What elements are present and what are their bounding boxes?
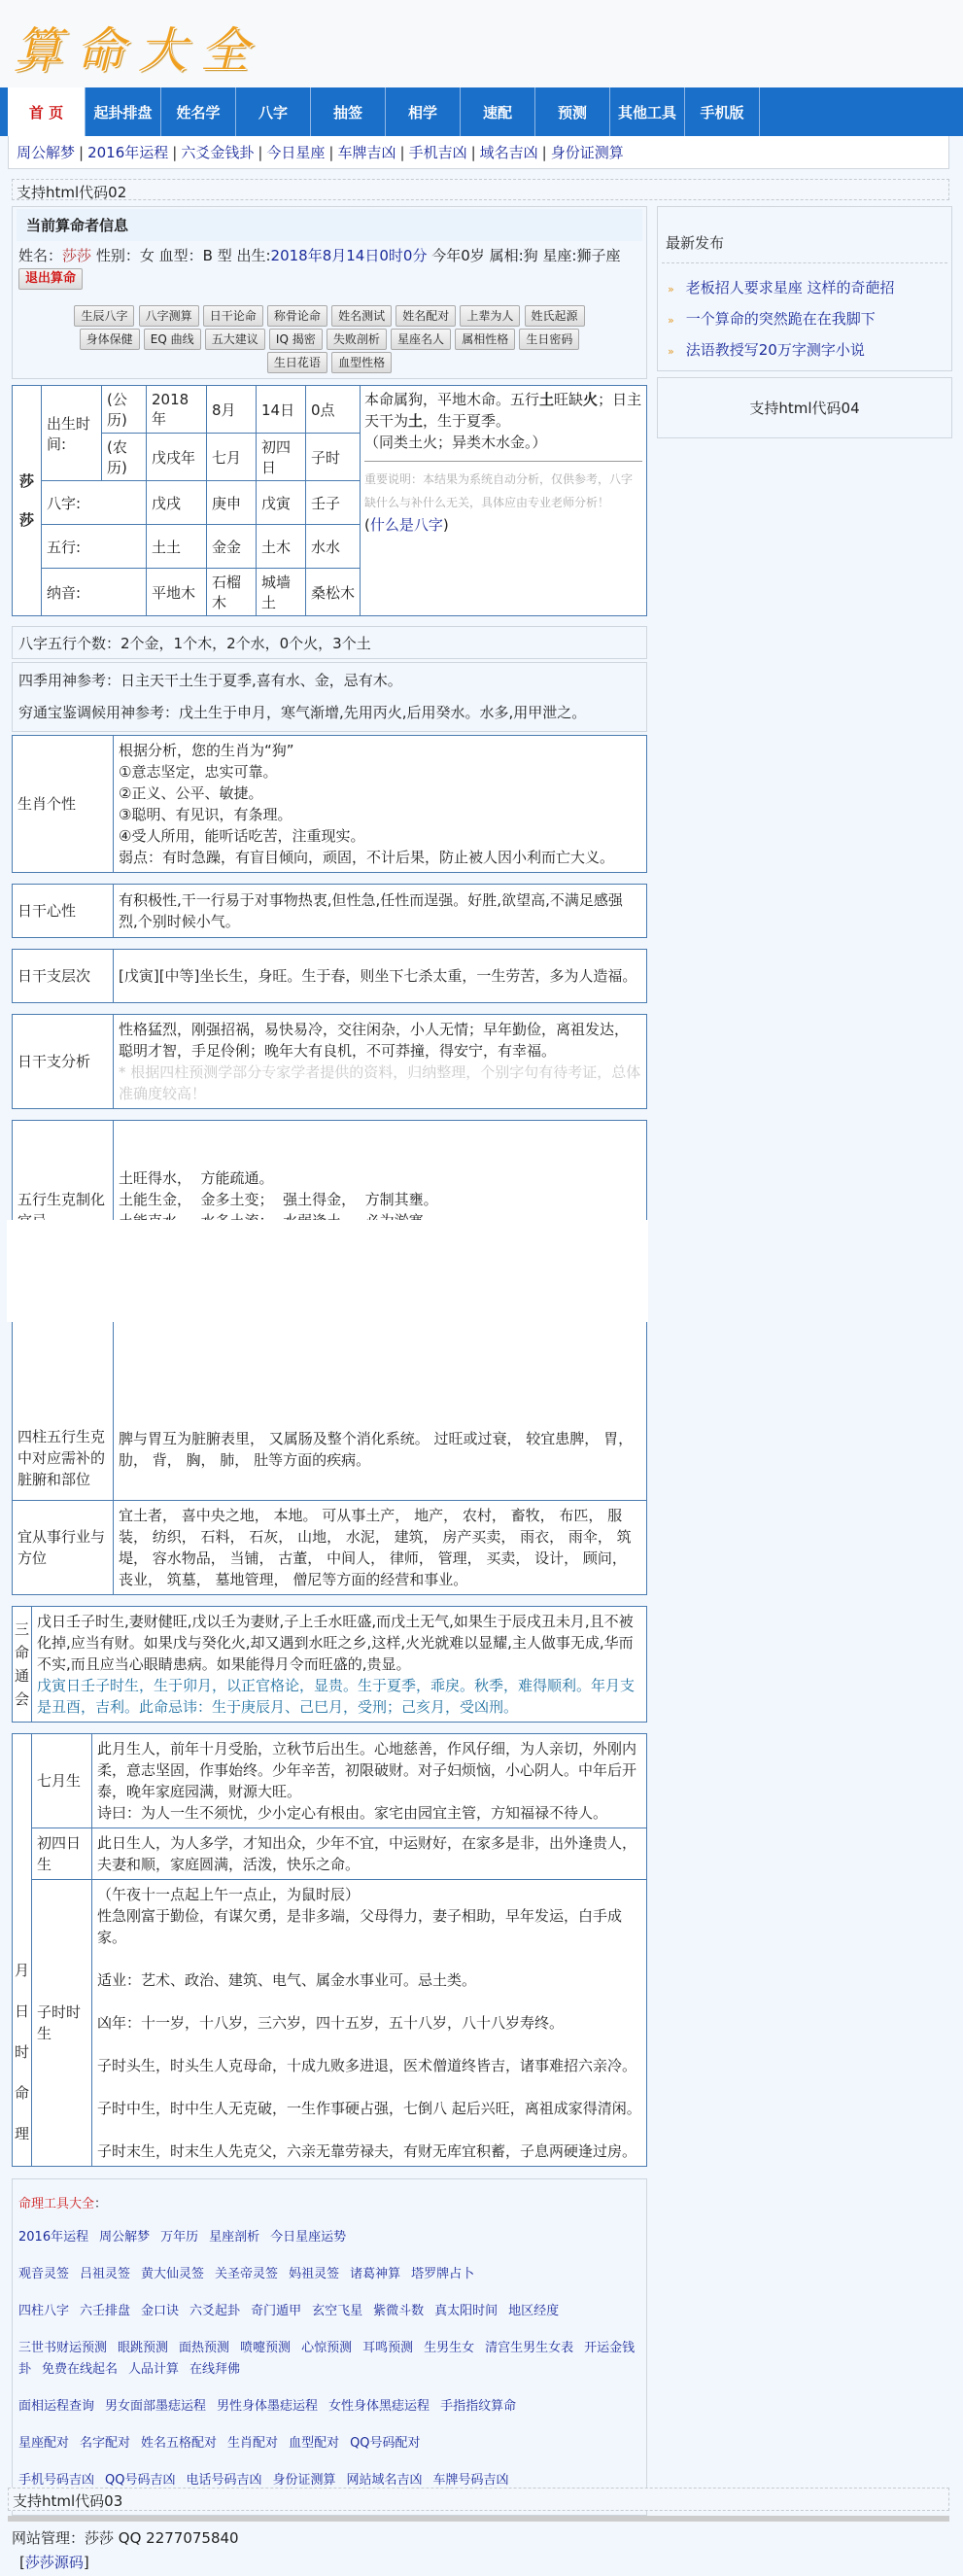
tools-row: 观音灵签吕祖灵签黄大仙灵签关圣帝灵签妈祖灵签诸葛神算塔罗牌占卜 bbox=[18, 2264, 640, 2285]
separator: | bbox=[75, 144, 87, 161]
lunar-day: 初四日 bbox=[257, 434, 306, 481]
tool-link[interactable]: 男女面部墨痣运程 bbox=[105, 2399, 206, 2414]
bazi-summary: 本命属狗，平地木命。五行土旺缺火；日主天干为土，生于夏季。 （同类土火；异类木水… bbox=[361, 386, 647, 616]
latest-panel: 最新发布 »老板招人要求星座 这样的奇葩招 »一个算命的突然跪在在我脚下 »法语… bbox=[657, 206, 952, 371]
sanming-tonghui: 三命通会 戊日壬子时生,妻财健旺,戊以壬为妻财,子上壬水旺盛,而戊土无气,如果生… bbox=[12, 1606, 647, 1723]
bazi-value: 戊寅 bbox=[257, 481, 306, 525]
tool-button[interactable]: 姓名测试 bbox=[331, 305, 392, 327]
tool-link[interactable]: 塔罗牌占卜 bbox=[411, 2267, 474, 2281]
sub-nav: 周公解梦|2016年运程|六爻金钱卦|今日星座|车牌吉凶|手机吉凶|域名吉凶|身… bbox=[8, 136, 949, 169]
footer-divider bbox=[8, 2516, 949, 2522]
tool-button-grid: 生辰八字 八字测算 日干论命 称骨论命 姓名测试 姓名配对 上辈为人 姓氏起源 … bbox=[13, 295, 646, 380]
site-logo[interactable]: 算命大全 bbox=[14, 12, 262, 82]
main-content: 当前算命者信息 姓名：莎莎 性别：女 血型：B 型 出生:2018年8月14日0… bbox=[12, 206, 647, 2516]
subnav-link-2016[interactable]: 2016年运程 bbox=[87, 144, 168, 161]
analysis-label: 日干支分析 bbox=[13, 1015, 114, 1109]
nav-item-name[interactable]: 姓名学 bbox=[161, 87, 236, 136]
analysis-label: 宜从事行业与方位 bbox=[13, 1501, 114, 1595]
latest-title: 最新发布 bbox=[662, 207, 947, 263]
mdh-label: 月日时命理 bbox=[13, 1734, 32, 2167]
tool-button[interactable]: IQ 揭密 bbox=[269, 329, 323, 350]
analysis-content: 根据分析，您的生肖为“狗”①意志坚定，忠实可靠。②正义、公平、敏捷。③聪明、有见… bbox=[114, 736, 647, 873]
tool-button[interactable]: 生日密码 bbox=[519, 329, 579, 350]
tool-link[interactable]: 六壬排盘 bbox=[80, 2304, 130, 2318]
subnav-link-horoscope[interactable]: 今日星座 bbox=[266, 144, 325, 161]
tool-link[interactable]: 在线拜佛 bbox=[189, 2362, 240, 2377]
quit-fortune-button[interactable]: 退出算命 bbox=[18, 268, 83, 290]
tool-link[interactable]: 妈祖灵签 bbox=[289, 2267, 339, 2281]
mdh-row-content: 此月生人，前年十月受胎，立秋节后出生。心地慈善，作风仔细，为人亲切，外刚内柔，意… bbox=[92, 1734, 647, 1828]
nayin-label: 纳音: bbox=[42, 569, 147, 616]
tool-link[interactable]: 手机号码吉凶 bbox=[18, 2473, 94, 2488]
tool-link[interactable]: 身份证测算 bbox=[273, 2473, 336, 2488]
solar-year: 2018年 bbox=[147, 386, 207, 434]
analysis-content: [戊寅][中等]坐长生，身旺。生于春，则坐下七杀太重，一生劳苦，多为人造福。 bbox=[114, 950, 647, 1003]
tool-button[interactable]: 姓名配对 bbox=[396, 305, 456, 327]
bazi-value: 壬子 bbox=[306, 481, 361, 525]
mdh-row-label: 初四日生 bbox=[32, 1828, 92, 1880]
ad-slot-bottom: 支持html代码03 bbox=[8, 2488, 949, 2511]
tool-link[interactable]: 人品计算 bbox=[128, 2362, 179, 2377]
tools-title: 命理工具大全： bbox=[18, 2193, 640, 2211]
tool-button[interactable]: 日干论命 bbox=[203, 305, 263, 327]
solar-month: 8月 bbox=[207, 386, 257, 434]
nav-item-bazi[interactable]: 八字 bbox=[236, 87, 311, 136]
tool-button[interactable]: EQ 曲线 bbox=[144, 329, 201, 350]
sanming-content: 戊日壬子时生,妻财健旺,戊以壬为妻财,子上壬水旺盛,而戊土无气,如果生于辰戌丑未… bbox=[32, 1607, 647, 1723]
analysis-content: 脾与胃互为脏腑表里， 又属肠及整个消化系统。 过旺或过衰， 较宜患脾， 胃， 肋… bbox=[114, 1302, 647, 1501]
tool-link[interactable]: 喷嚏预测 bbox=[240, 2341, 291, 2355]
tool-link[interactable]: 眼跳预测 bbox=[118, 2341, 168, 2355]
tool-link[interactable]: 玄空飞星 bbox=[312, 2304, 362, 2318]
user-gender: 女 bbox=[140, 247, 155, 264]
what-is-bazi-link[interactable]: 什么是八字 bbox=[370, 516, 443, 534]
tool-link[interactable]: 金口诀 bbox=[141, 2304, 179, 2318]
mdh-row-content: 此日生人，为人多学，才知出众，少年不宜，中运财好，在家多是非，出外逢贵人，夫妻和… bbox=[92, 1828, 647, 1880]
blood-label: 血型： bbox=[159, 247, 203, 264]
tool-button[interactable]: 生辰八字 bbox=[74, 305, 134, 327]
name-label: 姓名： bbox=[18, 247, 62, 264]
gender-label: 性别： bbox=[96, 247, 140, 264]
wuxing-value: 土木 bbox=[257, 525, 306, 569]
nav-item-mobile[interactable]: 手机版 bbox=[685, 87, 760, 136]
user-constellation: 狮子座 bbox=[576, 247, 620, 264]
separator: | bbox=[168, 144, 181, 161]
subnav-link-liuyao[interactable]: 六爻金钱卦 bbox=[181, 144, 254, 161]
tool-link[interactable]: QQ号码配对 bbox=[350, 2436, 420, 2451]
nayin-value: 石榴木 bbox=[207, 569, 257, 616]
nav-item-predict[interactable]: 预测 bbox=[535, 87, 610, 136]
tool-link[interactable]: 吕祖灵签 bbox=[80, 2267, 130, 2281]
yongshen-box: 四季用神参考：日主天干土生于夏季,喜有水、金，忌有木。 穷通宝鉴调候用神参考：戊… bbox=[12, 662, 647, 732]
tool-button[interactable]: 失败剖析 bbox=[327, 329, 387, 350]
subnav-link-phone[interactable]: 手机吉凶 bbox=[409, 144, 467, 161]
tool-link[interactable]: 奇门遁甲 bbox=[251, 2304, 301, 2318]
tool-link[interactable]: 网站域名吉凶 bbox=[347, 2473, 423, 2488]
separator: | bbox=[467, 144, 480, 161]
tool-link[interactable]: 面相运程查询 bbox=[18, 2399, 94, 2414]
birth-time-label: 出生时间: bbox=[42, 386, 102, 481]
bazi-label: 八字: bbox=[42, 481, 147, 525]
ad-slot-top: 支持html代码02 bbox=[12, 179, 949, 200]
subnav-link-domain[interactable]: 域名吉凶 bbox=[480, 144, 538, 161]
user-zodiac: 狗 bbox=[524, 247, 538, 264]
admin-info: 网站管理：莎莎 QQ 2277075840 bbox=[12, 2527, 239, 2548]
solar-hour: 0点 bbox=[306, 386, 361, 434]
tool-button[interactable]: 属相性格 bbox=[455, 329, 515, 350]
constellation-label: 星座: bbox=[542, 247, 576, 264]
analysis-label: 四柱五行生克中对应需补的脏腑和部位 bbox=[13, 1302, 114, 1501]
lunar-hour: 子时 bbox=[306, 434, 361, 481]
nav-item-home[interactable]: 首 页 bbox=[8, 87, 86, 136]
latest-item[interactable]: »法语教授写20万字测字小说 bbox=[668, 335, 942, 366]
tool-link[interactable]: 星座配对 bbox=[18, 2436, 69, 2451]
user-birth: 2018年8月14日0时0分 bbox=[271, 247, 428, 264]
birth-label: 出生: bbox=[236, 247, 270, 264]
tool-link[interactable]: 血型配对 bbox=[289, 2436, 339, 2451]
subnav-link-idcard[interactable]: 身份证测算 bbox=[551, 144, 624, 161]
analysis-organs: 四柱五行生克中对应需补的脏腑和部位 脾与胃互为脏腑表里， 又属肠及整个消化系统。… bbox=[12, 1301, 647, 1595]
analysis-zodiac: 生肖个性 根据分析，您的生肖为“狗”①意志坚定，忠实可靠。②正义、公平、敏捷。③… bbox=[12, 735, 647, 873]
footer: 网站管理：莎莎 QQ 2277075840 [莎莎源码] bbox=[12, 2527, 239, 2572]
tool-link[interactable]: 面热预测 bbox=[179, 2341, 229, 2355]
tool-button[interactable]: 星座名人 bbox=[391, 329, 451, 350]
tool-link[interactable]: QQ号码吉凶 bbox=[105, 2473, 175, 2488]
latest-item[interactable]: »老板招人要求星座 这样的奇葩招 bbox=[668, 273, 942, 304]
tool-button[interactable]: 八字测算 bbox=[139, 305, 199, 327]
tool-link[interactable]: 免费在线起名 bbox=[42, 2362, 118, 2377]
analysis-rigan-xinxing: 日干心性 有积极性,干一行易于对事物热衷,但性急,任性而逞强。好胜,欲望高,不满… bbox=[12, 884, 647, 938]
nav-item-divination[interactable]: 起卦排盘 bbox=[86, 87, 161, 136]
tool-link[interactable]: 三世书财运预测 bbox=[18, 2341, 107, 2355]
tool-link[interactable]: 关圣帝灵签 bbox=[215, 2267, 278, 2281]
latest-list: »老板招人要求星座 这样的奇葩招 »一个算命的突然跪在在我脚下 »法语教授写20… bbox=[658, 263, 951, 370]
month-day-hour-table: 月日时命理 七月生 此月生人，前年十月受胎，立秋节后出生。心地慈善，作风仔细，为… bbox=[12, 1733, 647, 2167]
name-vertical: 莎莎 bbox=[13, 386, 42, 616]
analysis-label: 日干心性 bbox=[13, 885, 114, 938]
tool-link[interactable]: 男性身体墨痣运程 bbox=[217, 2399, 318, 2414]
wuxing-count: 八字五行个数：2个金，1个木，2个水，0个火，3个土 bbox=[12, 626, 647, 659]
tool-link[interactable]: 手指指纹算命 bbox=[440, 2399, 516, 2414]
analysis-rigan-analysis: 日干支分析 性格猛烈，刚强招祸，易快易冷，交往闲杂，小人无情；早年勤俭，离祖发达… bbox=[12, 1014, 647, 1109]
main-nav: 首 页 起卦排盘 姓名学 八字 抽签 相学 速配 预测 其他工具 手机版 bbox=[0, 87, 963, 136]
tool-link[interactable]: 六爻起卦 bbox=[189, 2304, 240, 2318]
lunar-month: 七月 bbox=[207, 434, 257, 481]
lunar-year: 戊戌年 bbox=[147, 434, 207, 481]
bazi-notice: 重要说明：本结果为系统自动分析，仅供参考，八字缺什么与补什么无关，具体应由专业老… bbox=[364, 468, 642, 514]
bazi-value: 庚申 bbox=[207, 481, 257, 525]
wuxing-value: 水水 bbox=[306, 525, 361, 569]
tool-link[interactable]: 清宫生男生女表 bbox=[485, 2341, 573, 2355]
tool-link[interactable]: 黄大仙灵签 bbox=[141, 2267, 204, 2281]
user-info-title: 当前算命者信息 bbox=[17, 209, 642, 241]
separator: | bbox=[396, 144, 409, 161]
user-info-line: 姓名：莎莎 性别：女 血型：B 型 出生:2018年8月14日0时0分 今年0岁… bbox=[13, 241, 646, 295]
nav-item-other-tools[interactable]: 其他工具 bbox=[610, 87, 685, 136]
analysis-content: 有积极性,干一行易于对事物热衷,但性急,任性而逞强。好胜,欲望高,不满足感强烈,… bbox=[114, 885, 647, 938]
nav-item-match[interactable]: 速配 bbox=[461, 87, 535, 136]
solar-label: (公历) bbox=[102, 386, 147, 434]
wuxing-value: 金金 bbox=[207, 525, 257, 569]
user-info-panel: 当前算命者信息 姓名：莎莎 性别：女 血型：B 型 出生:2018年8月14日0… bbox=[12, 206, 647, 379]
separator: | bbox=[254, 144, 266, 161]
season-yongshen: 四季用神参考：日主天干土生于夏季,喜有水、金，忌有木。 bbox=[18, 665, 640, 697]
tool-button[interactable]: 五大建议 bbox=[205, 329, 265, 350]
tool-link[interactable]: 诸葛神算 bbox=[350, 2267, 400, 2281]
tool-link[interactable]: 紫微斗数 bbox=[373, 2304, 424, 2318]
tool-link[interactable]: 2016年运程 bbox=[18, 2230, 88, 2245]
tool-button[interactable]: 姓氏起源 bbox=[525, 305, 585, 327]
analysis-label: 生肖个性 bbox=[13, 736, 114, 873]
lunar-label: (农历) bbox=[102, 434, 147, 481]
tool-button[interactable]: 血型性格 bbox=[331, 352, 392, 373]
qiongtong-yongshen: 穷通宝鉴调候用神参考：戊土生于申月，寒气渐增,先用丙火,后用癸水。水多,用甲泄之… bbox=[18, 697, 640, 729]
source-link-wrap: [莎莎源码] bbox=[12, 2552, 239, 2572]
wuxing-label: 五行: bbox=[42, 525, 147, 569]
separator: | bbox=[538, 144, 551, 161]
tool-link[interactable]: 真太阳时间 bbox=[434, 2304, 498, 2318]
tool-link[interactable]: 心惊预测 bbox=[301, 2341, 352, 2355]
user-name: 莎莎 bbox=[62, 247, 91, 264]
tools-panel: 命理工具大全： 2016年运程周公解梦万年历星座剖析今日星座运势 观音灵签吕祖灵… bbox=[12, 2178, 647, 2516]
user-age: 今年0岁 bbox=[431, 247, 485, 264]
tool-link[interactable]: 生肖配对 bbox=[227, 2436, 278, 2451]
analysis-content: 宜土者， 喜中央之地， 本地。 可从事土产， 地产， 农村， 畜牧， 布匹， 服… bbox=[114, 1501, 647, 1595]
analysis-label: 日干支层次 bbox=[13, 950, 114, 1003]
user-blood-type: B 型 bbox=[203, 247, 232, 264]
solar-day: 14日 bbox=[257, 386, 306, 434]
mdh-row-content: （午夜十一点起上午一点止，为鼠时辰） 性急刚富于勤俭，有谋欠勇，是非多端，父母得… bbox=[92, 1880, 647, 2167]
tool-link[interactable]: 车牌号码吉凶 bbox=[433, 2473, 509, 2488]
bazi-value: 戊戌 bbox=[147, 481, 207, 525]
tools-row: 三世书财运预测眼跳预测面热预测喷嚏预测心惊预测耳鸣预测生男生女清宫生男生女表开运… bbox=[18, 2338, 640, 2381]
sidebar: 最新发布 »老板招人要求星座 这样的奇葩招 »一个算命的突然跪在在我脚下 »法语… bbox=[657, 206, 952, 438]
tool-link[interactable]: 耳鸣预测 bbox=[362, 2341, 413, 2355]
double-chevron-icon: » bbox=[668, 345, 674, 358]
tool-button[interactable]: 称骨论命 bbox=[267, 305, 327, 327]
subnav-link-plate[interactable]: 车牌吉凶 bbox=[337, 144, 396, 161]
bazi-table: 莎莎 出生时间: (公历) 2018年 8月 14日 0点 本命属狗，平地木命。… bbox=[12, 385, 647, 616]
wuxing-value: 土土 bbox=[147, 525, 207, 569]
tool-button[interactable]: 上辈为人 bbox=[460, 305, 520, 327]
tool-button[interactable]: 身体保健 bbox=[80, 329, 140, 350]
source-link[interactable]: 莎莎源码 bbox=[25, 2554, 84, 2571]
tools-row: 星座配对名字配对姓名五格配对生肖配对血型配对QQ号码配对 bbox=[18, 2433, 640, 2454]
nayin-value: 城墙土 bbox=[257, 569, 306, 616]
tools-row: 四柱八字六壬排盘金口诀六爻起卦奇门遁甲玄空飞星紫微斗数真太阳时间地区经度 bbox=[18, 2301, 640, 2322]
analysis-note: * 根据四柱预测学部分专家学者提供的资料，归纳整理，个别字句有待考证，总体准确度… bbox=[119, 1062, 641, 1104]
tools-row: 面相运程查询男女面部墨痣运程男性身体墨痣运程女性身体黑痣运程手指指纹算命 bbox=[18, 2396, 640, 2418]
nav-item-physiognomy[interactable]: 相学 bbox=[386, 87, 461, 136]
tool-button[interactable]: 生日花语 bbox=[267, 352, 327, 373]
nayin-value: 桑松木 bbox=[306, 569, 361, 616]
analysis-content: 性格猛烈，刚强招祸，易快易冷，交往闲杂，小人无情；早年勤俭，离祖发达，聪明才智，… bbox=[114, 1015, 647, 1109]
tool-link[interactable]: 姓名五格配对 bbox=[141, 2436, 217, 2451]
tool-link[interactable]: 电话号码吉凶 bbox=[186, 2473, 261, 2488]
blank-overlay bbox=[7, 1220, 648, 1322]
double-chevron-icon: » bbox=[668, 283, 674, 296]
mdh-row-label: 子时时生 bbox=[32, 1880, 92, 2167]
nayin-value: 平地木 bbox=[147, 569, 207, 616]
analysis-rigan-level: 日干支层次 [戊寅][中等]坐长生，身旺。生于春，则坐下七杀太重，一生劳苦，多为… bbox=[12, 949, 647, 1003]
double-chevron-icon: » bbox=[668, 314, 674, 327]
tool-link[interactable]: 四柱八字 bbox=[18, 2304, 69, 2318]
sanming-label: 三命通会 bbox=[13, 1607, 32, 1723]
tool-link[interactable]: 生男生女 bbox=[424, 2341, 474, 2355]
tools-row: 2016年运程周公解梦万年历星座剖析今日星座运势 bbox=[18, 2227, 640, 2248]
tool-link[interactable]: 星座剖析 bbox=[209, 2230, 259, 2245]
tool-link[interactable]: 今日星座运势 bbox=[270, 2230, 346, 2245]
tool-link[interactable]: 观音灵签 bbox=[18, 2267, 69, 2281]
subnav-link-dream[interactable]: 周公解梦 bbox=[17, 144, 75, 161]
latest-item[interactable]: »一个算命的突然跪在在我脚下 bbox=[668, 304, 942, 335]
mdh-row-label: 七月生 bbox=[32, 1734, 92, 1828]
tool-link[interactable]: 周公解梦 bbox=[99, 2230, 150, 2245]
site-header: 算命大全 bbox=[0, 0, 963, 87]
tool-link[interactable]: 地区经度 bbox=[508, 2304, 559, 2318]
tool-link[interactable]: 女性身体黑痣运程 bbox=[328, 2399, 430, 2414]
tool-link[interactable]: 名字配对 bbox=[80, 2436, 130, 2451]
tool-link[interactable]: 万年历 bbox=[160, 2230, 198, 2245]
ad-slot-right: 支持html代码04 bbox=[657, 377, 952, 438]
zodiac-label: 属相: bbox=[490, 247, 524, 264]
nav-item-lottery[interactable]: 抽签 bbox=[311, 87, 386, 136]
page: 算命大全 首 页 起卦排盘 姓名学 八字 抽签 相学 速配 预测 其他工具 手机… bbox=[0, 0, 963, 2576]
separator: | bbox=[325, 144, 337, 161]
